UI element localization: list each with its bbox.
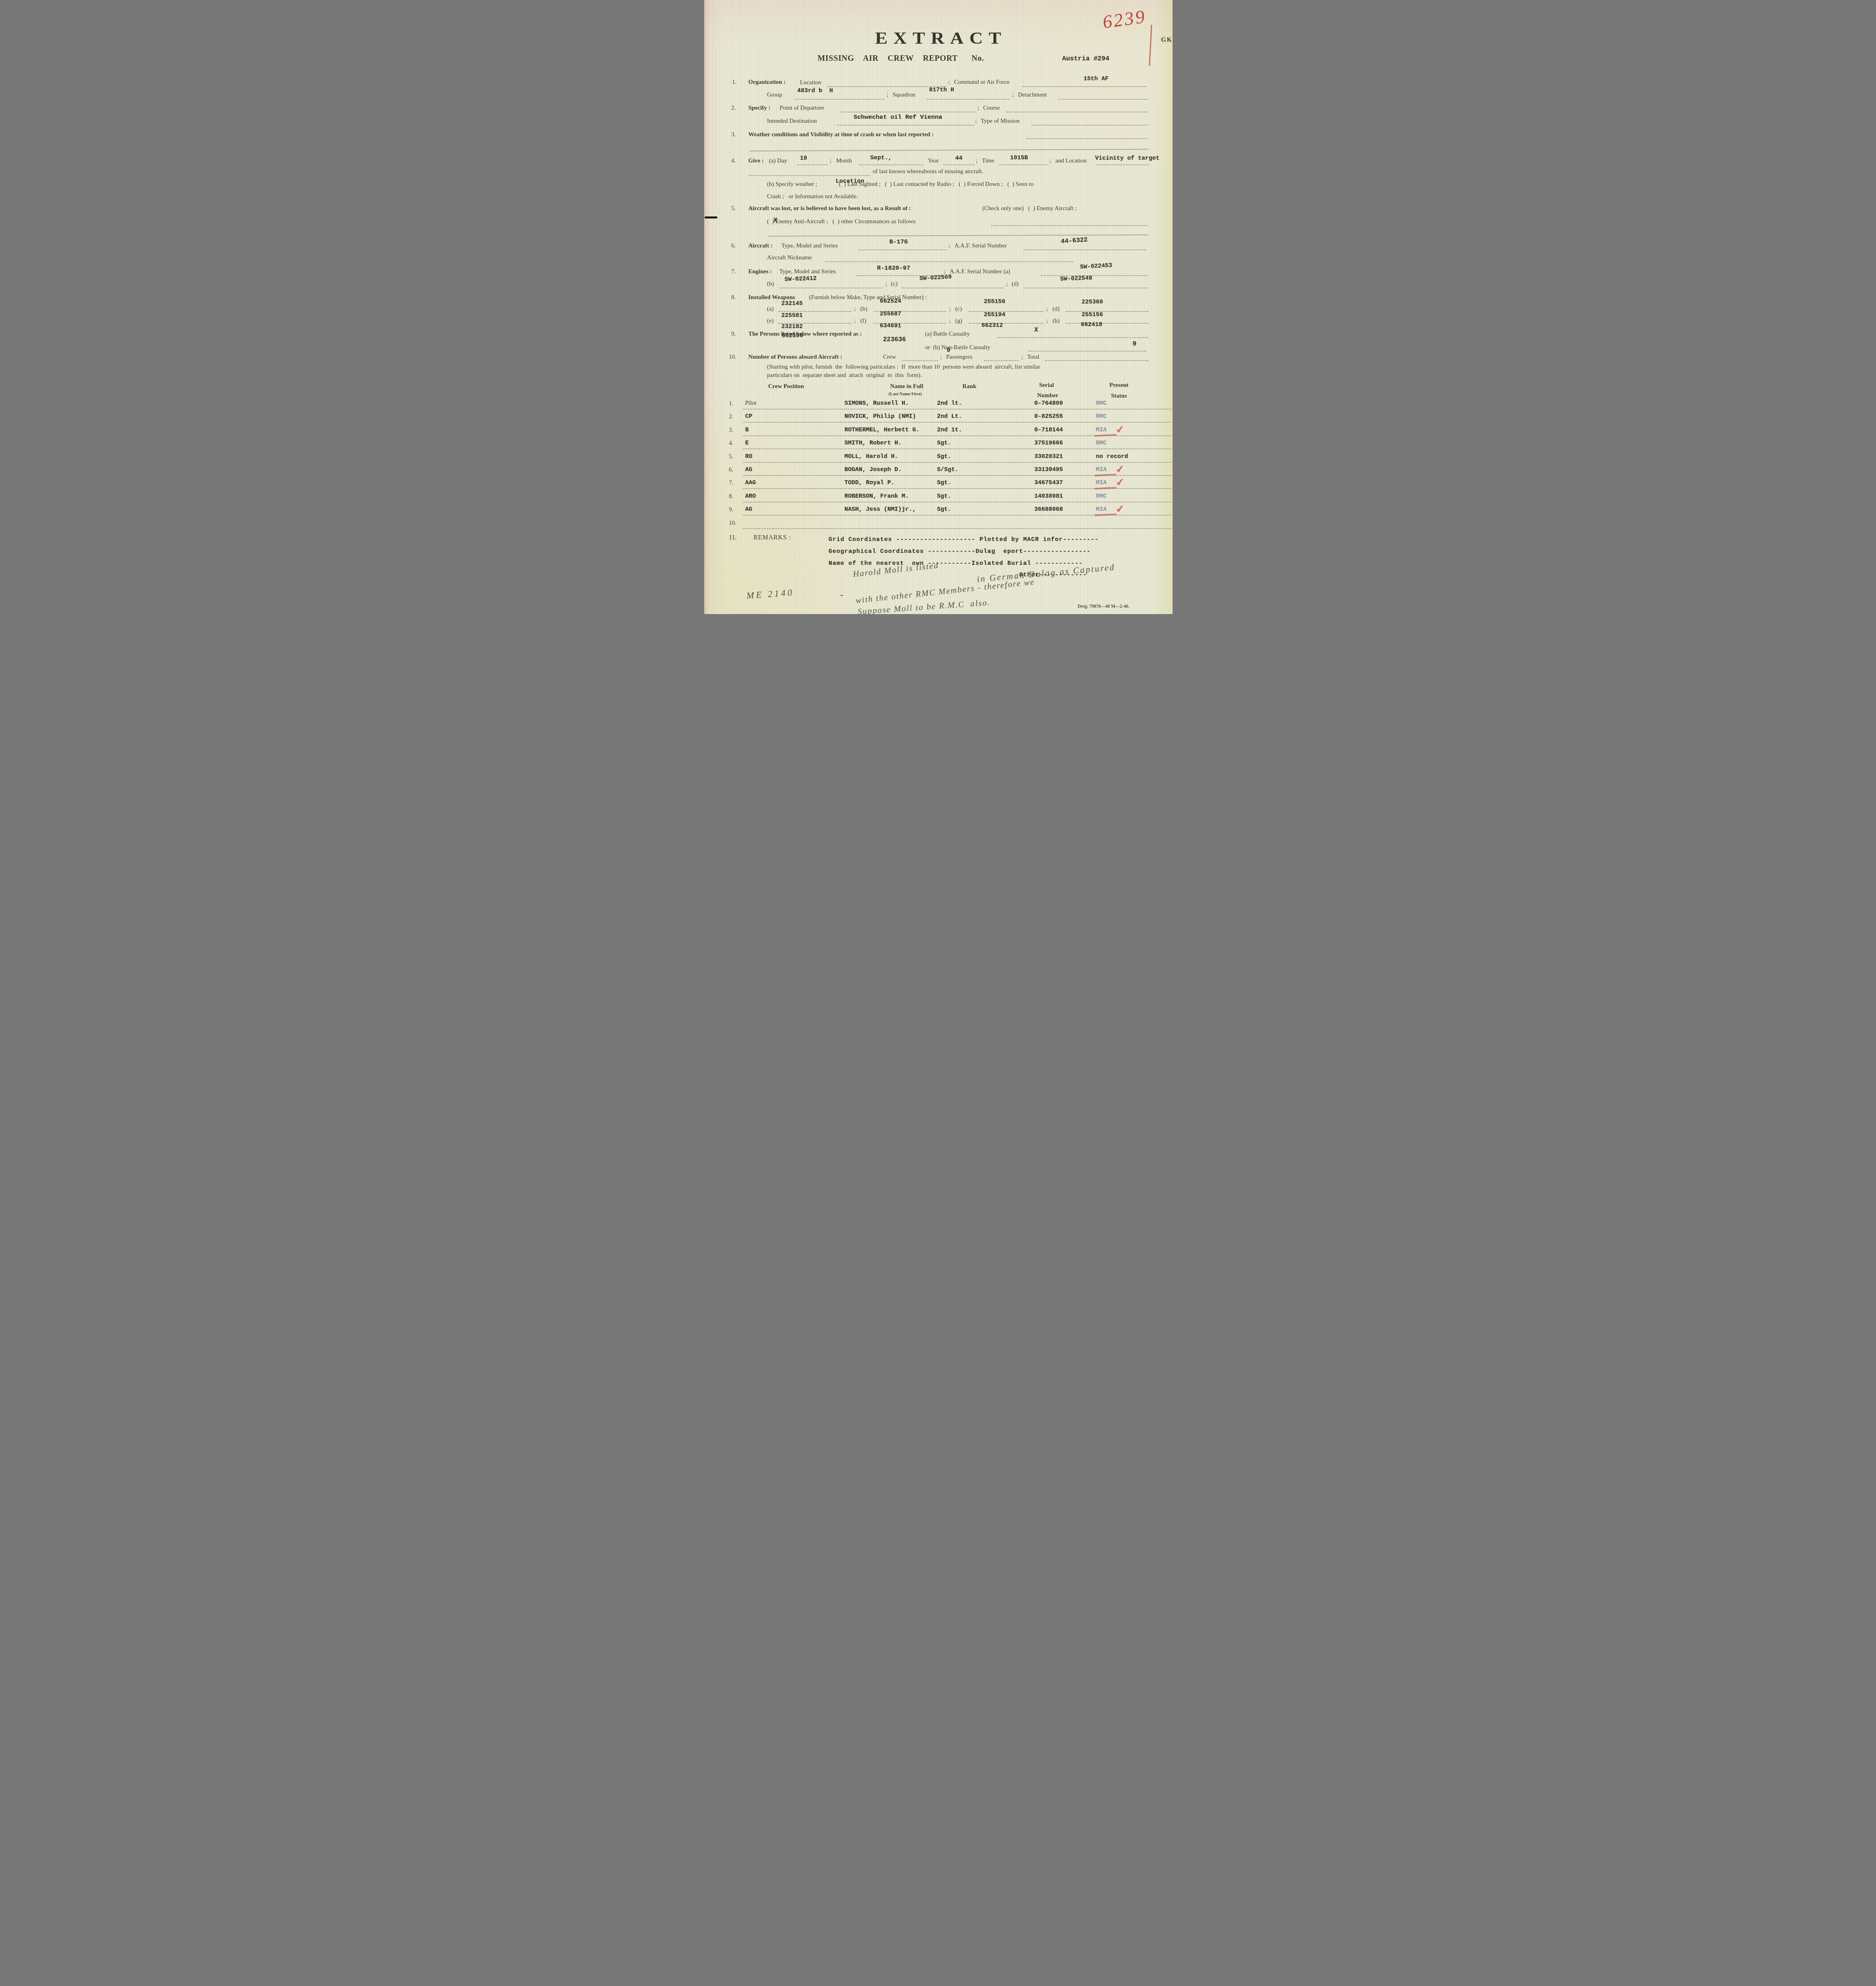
label-engine-b: (b) bbox=[767, 281, 774, 288]
item9-number: 9. bbox=[731, 331, 736, 338]
corner-mark: GK bbox=[1161, 37, 1173, 44]
blank-departure bbox=[840, 112, 976, 112]
label-course: Course bbox=[983, 105, 1000, 112]
stamp-pen-stroke bbox=[1149, 25, 1152, 66]
label-crew: Crew bbox=[883, 354, 896, 361]
crew-row-number: 3. bbox=[729, 427, 733, 434]
col-header-crew-position: Crew Position bbox=[768, 383, 804, 390]
crew-serial-number: 33020321 bbox=[1034, 454, 1063, 460]
blank-weapon-d bbox=[1066, 311, 1148, 312]
value-weapon-d: 225360 bbox=[1082, 299, 1103, 305]
value-weapon-b: 662524 bbox=[880, 298, 901, 304]
macr-extract-document: 6239 GK EXTRACT MISSING AIR CREW REPORT … bbox=[703, 0, 1173, 614]
label-command-or-air-force: Command or Air Force bbox=[954, 79, 1010, 86]
crew-present-status: RMC bbox=[1096, 413, 1107, 419]
note-particulars-1: (Starting with pilot, furnish the follow… bbox=[767, 364, 1040, 371]
label-aircraft: Aircraft : bbox=[748, 243, 773, 249]
report-number: Austria #294 bbox=[1062, 56, 1109, 62]
label-weapon-a: (a) bbox=[767, 306, 774, 313]
label-month: Month bbox=[836, 158, 852, 164]
value-year: 44 bbox=[955, 155, 962, 161]
sep: ; bbox=[949, 243, 950, 249]
sep: ; bbox=[1021, 354, 1023, 361]
sep: ; bbox=[949, 318, 951, 325]
value-weapon-h: 255156 bbox=[1082, 312, 1103, 318]
crew-rank: S/Sgt. bbox=[937, 467, 958, 473]
value-month: Sept., bbox=[870, 155, 892, 161]
crew-serial-number: 0-825255 bbox=[1034, 413, 1063, 419]
value-engine-c: SW-022569 bbox=[920, 274, 952, 282]
blank-course bbox=[1006, 112, 1148, 112]
crew-position: B bbox=[745, 427, 749, 433]
value-time: 1015B bbox=[1010, 155, 1028, 161]
crew-name: NOVICK, Philip (NMI) bbox=[844, 413, 916, 419]
crew-position: AG bbox=[745, 467, 752, 473]
blank-year bbox=[943, 164, 974, 165]
blank-whereabouts bbox=[749, 175, 870, 176]
sep: ; bbox=[948, 79, 950, 86]
report-subtitle: MISSING AIR CREW REPORT No. bbox=[817, 54, 984, 63]
value-engine-d: SW-022548 bbox=[1060, 275, 1092, 282]
label-whereabouts: of last known whereabouts of missing air… bbox=[873, 168, 983, 175]
crew-present-status: MIA bbox=[1096, 467, 1107, 473]
item10-number: 10. bbox=[729, 354, 736, 361]
label-weapon-b: (b) bbox=[860, 306, 867, 313]
crew-serial-number: 36688068 bbox=[1034, 506, 1063, 512]
crew-present-status: RMC bbox=[1096, 400, 1107, 406]
crew-rank: Sgt. bbox=[937, 454, 951, 460]
crew-present-status: MIA bbox=[1096, 506, 1107, 512]
label-detachment: Detachment bbox=[1018, 92, 1047, 99]
value-location: Vicinity of target bbox=[1095, 155, 1159, 161]
value-weapon-over2: 223636 bbox=[883, 336, 906, 343]
note-particulars-2: particulars on separate sheet and attach… bbox=[767, 372, 922, 379]
sep: ; bbox=[854, 306, 856, 313]
page-title: EXTRACT bbox=[875, 29, 1007, 48]
crew-row-number: 10. bbox=[729, 520, 736, 527]
label-weapon-e: (e) bbox=[767, 318, 774, 325]
blank-weapon-c bbox=[969, 311, 1043, 312]
sep: ; bbox=[1012, 92, 1014, 99]
crew-serial-number: 34675437 bbox=[1034, 480, 1063, 486]
value-battle-casualty-x: X bbox=[1034, 327, 1038, 333]
label-group: Group bbox=[767, 92, 782, 99]
col-header-status-sub: Status bbox=[1111, 393, 1127, 400]
sep: ; bbox=[885, 281, 887, 288]
crew-serial-number: 0-764809 bbox=[1034, 400, 1063, 406]
crew-name: BOGAN, Joseph D. bbox=[844, 467, 902, 473]
blank-weather-line2 bbox=[749, 149, 1148, 151]
blank-engine-d bbox=[1024, 288, 1148, 288]
blank-engine-b bbox=[779, 288, 883, 288]
value-weapon-r3b: 634691 bbox=[880, 323, 901, 329]
label-time: Time bbox=[982, 158, 994, 164]
crew-rank: Sgt. bbox=[937, 493, 951, 499]
crew-position: ARO bbox=[745, 493, 756, 499]
crew-table-row: 1. Pilot SIMONS, Russell H. 2nd lt. 0-76… bbox=[703, 400, 1173, 413]
col-header-status: Present bbox=[1109, 382, 1128, 389]
value-air-force: 15th AF bbox=[1084, 76, 1109, 82]
label-day: (a) Day bbox=[769, 158, 787, 164]
blank-weather bbox=[1026, 138, 1148, 139]
crew-row-line bbox=[743, 448, 1171, 449]
crew-rank: 2nd 1t. bbox=[937, 427, 962, 433]
label-weapon-f: (f) bbox=[860, 318, 866, 325]
sep: ; bbox=[1049, 158, 1051, 164]
label-passengers: Passengers bbox=[946, 354, 972, 361]
crew-row-number: 5. bbox=[729, 454, 733, 460]
crew-serial-number: 37519666 bbox=[1034, 440, 1063, 446]
crew-row-number: 7. bbox=[729, 480, 733, 487]
value-day: 10 bbox=[800, 155, 807, 161]
sep: ; bbox=[975, 118, 977, 125]
blank-non-battle bbox=[1028, 351, 1146, 352]
label-weapon-g: (g) bbox=[955, 318, 962, 325]
value-weapon-g: 255194 bbox=[984, 312, 1005, 318]
label-total: Total bbox=[1027, 354, 1039, 361]
sep: ; bbox=[976, 158, 978, 164]
crew-position: CP bbox=[745, 413, 752, 419]
label-persons-reported: The Persons listed below where reported … bbox=[748, 331, 862, 338]
value-aircraft-type: B-17G bbox=[889, 239, 908, 245]
value-engine-a: SW-022453 bbox=[1080, 263, 1113, 270]
label-battle-casualty: (a) Battle Casualty bbox=[925, 331, 970, 338]
crew-row-line bbox=[743, 488, 1171, 489]
value-destination: Schwechat oil Ref Vienna bbox=[854, 114, 942, 121]
blank-weapon-h bbox=[1066, 323, 1148, 324]
remarks-line-grid: Grid Coordinates -------------------- Pl… bbox=[829, 537, 1099, 543]
blank-engine-a bbox=[1041, 275, 1148, 276]
crew-table-row: 2. CP NOVICK, Philip (NMI) 2nd Lt. 0-825… bbox=[703, 413, 1173, 427]
col-header-serial-sub: Number bbox=[1037, 392, 1058, 399]
remarks-line-geographical: Geographical Coordinates ------------Dul… bbox=[829, 549, 1091, 554]
crew-table-row: 9. AG NASH, Jess (NMI)jr., Sgt. 36688068… bbox=[703, 506, 1173, 520]
label-specify: Specify : bbox=[748, 105, 770, 112]
crew-serial-number: 14038981 bbox=[1034, 493, 1063, 499]
crew-table-row: 3. B ROTHERMEL, Herbett G. 2nd 1t. 0-718… bbox=[703, 427, 1173, 440]
crew-name: NASH, Jess (NMI)jr., bbox=[844, 506, 916, 512]
crew-row-number: 8. bbox=[729, 493, 733, 500]
item11-number: 11. bbox=[729, 534, 736, 541]
label-location: Location bbox=[800, 79, 821, 86]
label-engines: Engines : bbox=[748, 269, 772, 275]
sep: ; bbox=[854, 318, 856, 325]
crew-row-number: 2. bbox=[729, 413, 733, 420]
label-give: Give : bbox=[748, 158, 764, 164]
value-aircraft-serial: 44-6322 bbox=[1061, 237, 1088, 245]
blank-destination bbox=[837, 125, 974, 126]
crew-name: TODD, Royal P. bbox=[844, 480, 895, 486]
item5-number: 5. bbox=[731, 205, 736, 212]
sep: ; bbox=[1046, 318, 1048, 325]
blank-time bbox=[999, 164, 1047, 165]
crew-position: RO bbox=[745, 454, 752, 460]
crew-row-number: 9. bbox=[729, 506, 733, 513]
crew-name: ROBERSON, Frank M. bbox=[844, 493, 909, 499]
crew-name: SMITH, Robert H. bbox=[844, 440, 902, 446]
value-weapon-r3a: 232182 bbox=[781, 324, 803, 330]
crew-present-status: RMC bbox=[1096, 440, 1107, 446]
handwritten-me-2140: ME 2140 bbox=[746, 588, 794, 600]
crew-row-number: 6. bbox=[729, 467, 733, 473]
col-header-name: Name in Full bbox=[890, 383, 923, 390]
blank-passengers bbox=[984, 360, 1019, 361]
value-weapon-over1: 662396 bbox=[782, 333, 803, 339]
blank-weapon-a bbox=[778, 311, 851, 312]
crew-row-line bbox=[743, 462, 1171, 463]
crew-table-row: 6. AG BOGAN, Joseph D. S/Sgt. 33139495 M… bbox=[703, 467, 1173, 480]
crew-position: Pilot bbox=[745, 400, 756, 406]
label-year: Year bbox=[928, 158, 939, 164]
blank-aircraft-type bbox=[858, 249, 947, 250]
blank-nickname bbox=[825, 261, 1073, 262]
crew-row-line bbox=[743, 435, 1171, 436]
crew-rank: Sgt. bbox=[937, 440, 951, 446]
label-engine-c: (c) bbox=[891, 281, 898, 288]
label-weapon-c: (c) bbox=[955, 306, 962, 313]
item6-number: 6. bbox=[731, 243, 736, 249]
value-weapon-f: 255687 bbox=[880, 311, 901, 317]
crew-name: MOLL, Harold H. bbox=[844, 454, 898, 460]
col-header-serial: Serial bbox=[1039, 382, 1054, 389]
crew-serial-number: 33139495 bbox=[1034, 467, 1063, 473]
value-weapon-a: 232145 bbox=[781, 301, 803, 307]
crew-table-row: 5. RO MOLL, Harold H. Sgt. 33020321 no r… bbox=[703, 454, 1173, 467]
stamp-number: 6239 bbox=[1101, 8, 1147, 32]
crew-present-status: no record bbox=[1096, 454, 1128, 460]
item2-number: 2. bbox=[731, 105, 736, 112]
label-weapons-paren: (Furnish below Make, Type and Serial Num… bbox=[809, 294, 927, 301]
label-anti-aircraft-option: ( ) Enemy Anti-Aircraft ; ( ) other Circ… bbox=[767, 218, 916, 225]
crew-rank: 2nd lt. bbox=[937, 400, 962, 406]
value-weapon-c: 255156 bbox=[984, 299, 1005, 305]
item1-number: 1. bbox=[732, 79, 736, 86]
crew-serial-number: 0-718144 bbox=[1034, 427, 1063, 433]
crew-position: AAG bbox=[745, 480, 756, 486]
sep: ; bbox=[949, 306, 951, 313]
remarks-line-nearest-town: Name of the nearest own -----------Isola… bbox=[829, 560, 1083, 566]
value-anti-aircraft-x: X bbox=[773, 217, 777, 224]
blank-weapon-g bbox=[969, 323, 1043, 324]
label-intended-destination: Intended Destination bbox=[767, 118, 817, 125]
crew-row-line bbox=[743, 528, 1171, 529]
crew-table-row: 10. ✔ bbox=[703, 520, 1173, 533]
sep: ; bbox=[1006, 281, 1008, 288]
item8-number: 8. bbox=[731, 294, 736, 301]
blank-day bbox=[797, 164, 827, 165]
crew-row-line bbox=[743, 422, 1171, 423]
label-engine-d: (d) bbox=[1012, 281, 1019, 288]
label-aaf-serial: A.A.F. Serial Number bbox=[954, 243, 1007, 249]
item7-number: 7. bbox=[731, 269, 736, 275]
crew-position: E bbox=[745, 440, 749, 446]
label-weapon-h: (h) bbox=[1053, 318, 1060, 325]
blank-other-circumstances bbox=[991, 225, 1148, 226]
label-non-battle-casualty: or (b) Non-Battle Casualty bbox=[925, 344, 990, 351]
item4-number: 4. bbox=[731, 158, 736, 164]
label-aircraft-lost: Aircraft was lost, or is believed to hav… bbox=[748, 205, 911, 212]
label-number-aboard: Number of Persons aboard Aircraft : bbox=[748, 354, 842, 361]
crew-row-line bbox=[743, 409, 1171, 410]
sep: ; bbox=[1046, 306, 1048, 313]
crew-rank: Sgt. bbox=[937, 506, 951, 512]
crew-table-row: 7. AAG TODD, Royal P. Sgt. 34675437 MIA … bbox=[703, 480, 1173, 493]
crew-rank: 2nd Lt. bbox=[937, 413, 962, 419]
crew-position: AG bbox=[745, 506, 752, 512]
item3-number: 3. bbox=[731, 131, 736, 138]
blank-crew bbox=[902, 360, 938, 361]
margin-mark bbox=[705, 216, 717, 218]
blank-month bbox=[859, 164, 923, 165]
label-squadron: Squadron bbox=[893, 92, 916, 99]
blank-command bbox=[1022, 86, 1147, 87]
label-organization: Organization : bbox=[748, 79, 786, 86]
blank-location bbox=[827, 86, 947, 87]
form-designation: Desg. 79870—40 M—2-46. bbox=[1078, 604, 1129, 609]
crew-row-number: 4. bbox=[729, 440, 733, 447]
sep: ; bbox=[887, 92, 888, 99]
value-group: 483rd b H bbox=[797, 88, 833, 94]
label-and-location: and Location bbox=[1055, 158, 1087, 164]
label-weather-conditions: Weather conditions and Visibility at tim… bbox=[748, 131, 934, 138]
crew-table-row: 8. ARO ROBERSON, Frank M. Sgt. 14038981 … bbox=[703, 493, 1173, 506]
value-squadron: 817th H bbox=[929, 87, 954, 93]
value-engine-type: R-1820-97 bbox=[877, 265, 910, 272]
crew-table-row: 4. E SMITH, Robert H. Sgt. 37519666 RMC … bbox=[703, 440, 1173, 453]
label-remarks: REMARKS : bbox=[753, 534, 791, 541]
blank-squadron bbox=[927, 99, 1009, 100]
crew-present-status: RMC bbox=[1096, 493, 1107, 499]
value-weapon-r3c: 662312 bbox=[981, 323, 1003, 328]
sep: ; bbox=[940, 354, 942, 361]
crew-present-status: MIA bbox=[1096, 480, 1107, 486]
blank-total bbox=[1045, 360, 1148, 361]
crew-row-line bbox=[743, 475, 1171, 476]
crew-row-number: 1. bbox=[729, 400, 733, 407]
value-weapon-r3d: 662418 bbox=[1081, 322, 1102, 328]
blank-battle-casualty bbox=[997, 337, 1148, 338]
crew-rank: Sgt. bbox=[937, 480, 951, 486]
crew-row-line bbox=[743, 502, 1171, 502]
col-header-rank: Rank bbox=[962, 383, 976, 390]
crew-row-line bbox=[743, 515, 1171, 516]
blank-engine-c bbox=[902, 288, 1004, 288]
value-crew-nine: 9 bbox=[947, 347, 951, 354]
label-weapon-d: (d) bbox=[1053, 306, 1060, 313]
label-aircraft-nickname: Aircraft Nickname bbox=[767, 255, 812, 261]
sep: ; bbox=[978, 105, 979, 112]
label-engine-type: Type, Model and Series bbox=[779, 269, 836, 275]
blank-circumstances-line2 bbox=[768, 234, 1148, 236]
blank-detachment bbox=[1058, 99, 1148, 100]
value-total-nine: 9 bbox=[1132, 341, 1136, 348]
blank-mission bbox=[1032, 125, 1148, 126]
label-point-of-departure: Point of Departure bbox=[780, 105, 824, 112]
value-weapon-e: 225581 bbox=[781, 313, 803, 319]
label-engine-serial-a: A.A.F. Serial Number (a) bbox=[950, 269, 1010, 275]
value-engine-b: SW-022412 bbox=[784, 276, 817, 283]
label-specify-weather: (b) Specify weather ; bbox=[767, 181, 817, 188]
label-check-only-one: (Check only one) ( ) Enemy Aircraft ; bbox=[982, 205, 1076, 212]
label-sighting-options: ( ) Last Sighted ; ( ) Last contacted by… bbox=[839, 181, 1034, 188]
label-type-of-mission: Type of Mission bbox=[981, 118, 1020, 125]
blank-aircraft-serial bbox=[1024, 249, 1146, 250]
blank-group bbox=[795, 99, 885, 100]
col-header-name-sub: (Last Name First) bbox=[889, 392, 922, 396]
crew-present-status: MIA bbox=[1096, 427, 1107, 433]
label-type-model-series: Type, Model and Series bbox=[781, 243, 838, 249]
sep: ; bbox=[830, 158, 831, 164]
handwritten-dash: - bbox=[840, 590, 843, 600]
crew-name: ROTHERMEL, Herbett G. bbox=[844, 427, 920, 433]
label-crash-options: Crash ; or Information not Available. bbox=[767, 193, 858, 200]
crew-name: SIMONS, Russell H. bbox=[844, 400, 909, 406]
blank-location4 bbox=[1096, 164, 1149, 165]
